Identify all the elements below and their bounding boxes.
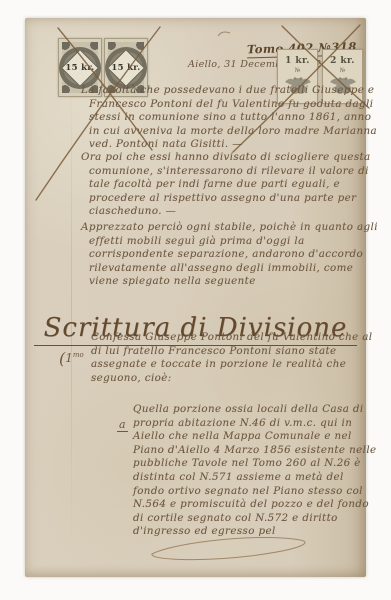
clause-1-text: Confessa Giuseppe Pontoni del fu Valenti… <box>91 331 377 385</box>
clause-1-marker: (1mo <box>59 349 84 368</box>
stamp-value: 1 kr. <box>278 56 317 66</box>
stamp-value: 15 kr. <box>105 62 147 72</box>
scanned-document: { "document": { "registry_note": "Tomo 4… <box>0 0 391 600</box>
marker-number: 1 <box>65 351 73 365</box>
clause-a-marker: a <box>117 418 128 432</box>
paragraph-dissolution: Ora poi che essi hanno divisato di sciog… <box>81 151 385 219</box>
clause-a-text: Quella porzione ossia locali della Casa … <box>133 403 377 539</box>
paragraph-appraisal: Apprezzato perciò ogni stabile, poichè i… <box>81 221 385 289</box>
paragraph-ownership: La facoltà che possedevano i due fratell… <box>81 84 385 152</box>
marker-ordinal: mo <box>73 351 84 359</box>
manuscript-page: Tomo 402 №318 Aiello, 31 Decembre 1862. … <box>25 18 366 577</box>
stamp-number-label: № <box>323 67 362 74</box>
stamp-value: 2 kr. <box>323 56 362 66</box>
stamp-number-label: № <box>278 67 317 74</box>
stamp-value: 15 kr. <box>59 62 101 72</box>
